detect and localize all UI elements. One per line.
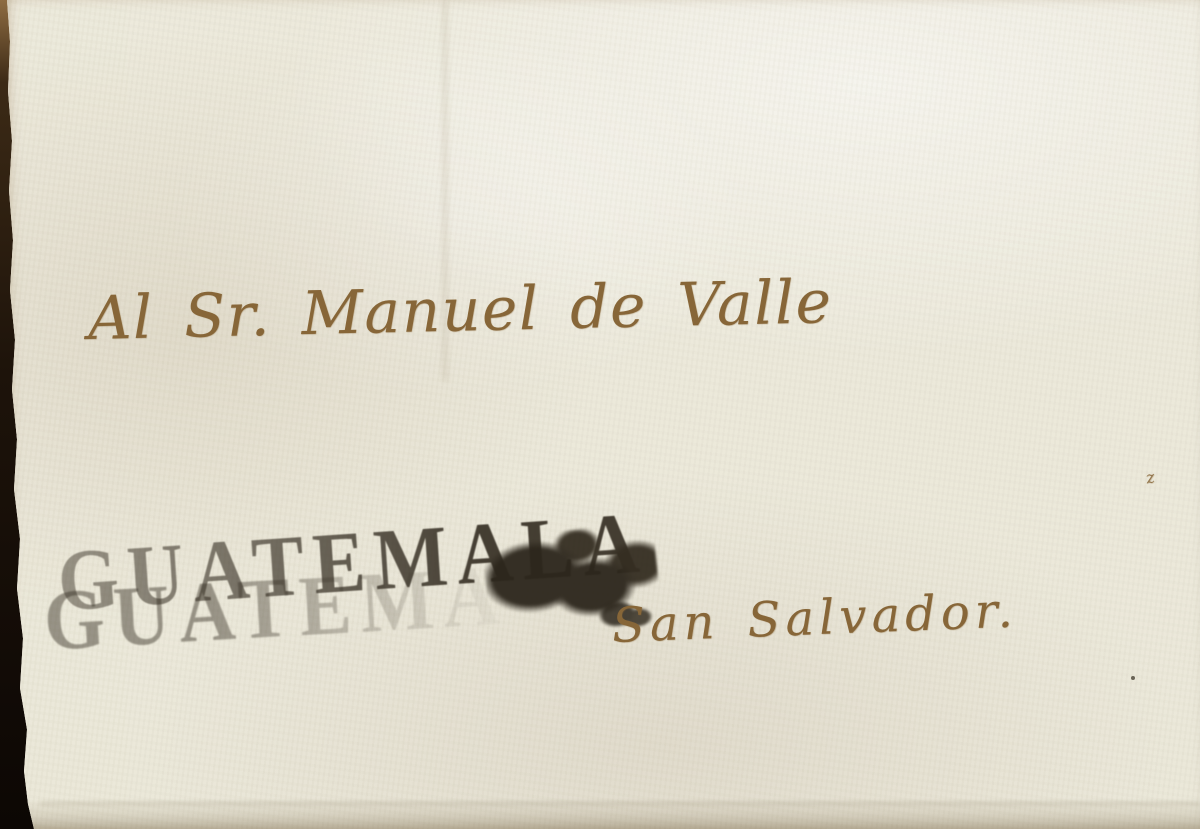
paper-crease-horizontal <box>40 802 1200 805</box>
paper-texture <box>0 0 1200 829</box>
letter-cover-paper <box>0 0 1200 829</box>
photo-backdrop: GUATEMALA GUATEMALA Al Sr. Manuel de Val… <box>0 0 1200 829</box>
ink-speck <box>1131 676 1135 680</box>
